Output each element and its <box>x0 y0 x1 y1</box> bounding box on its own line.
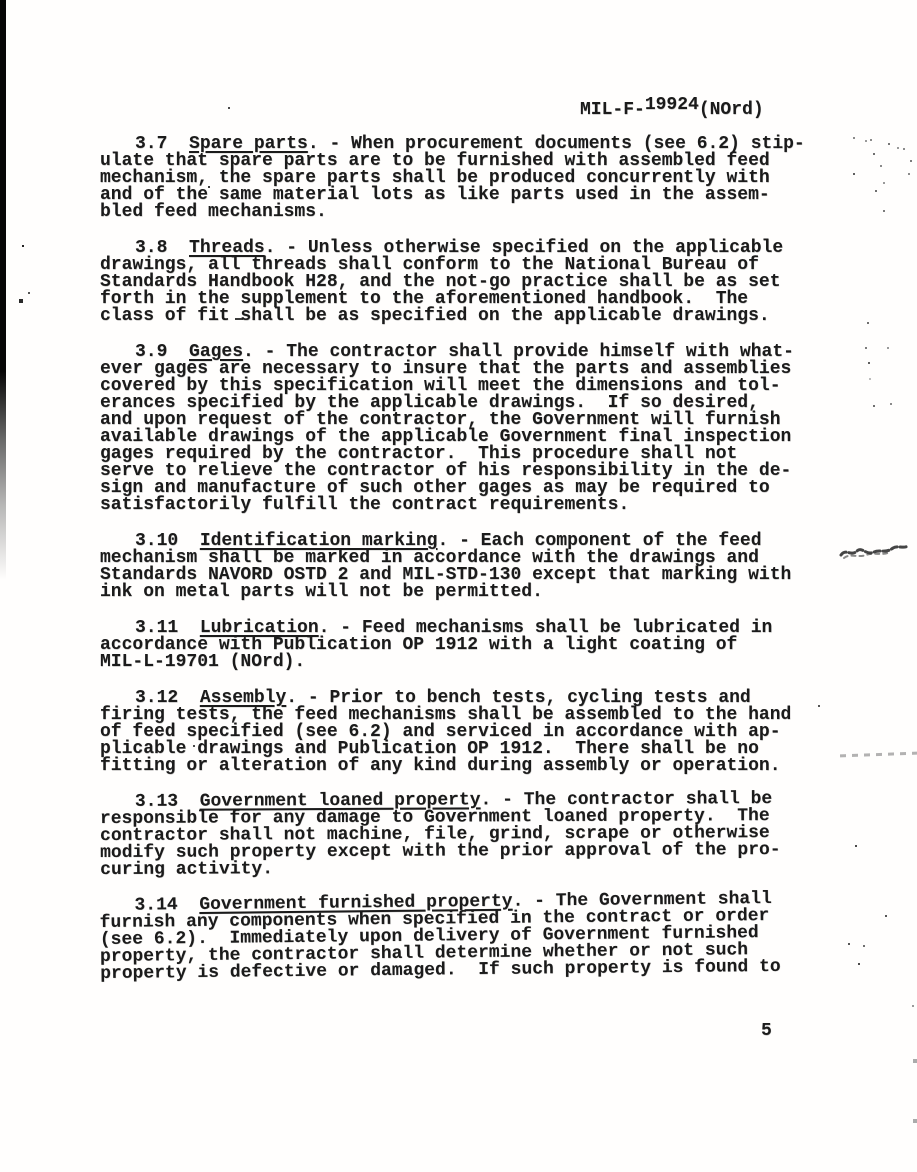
paragraph-line: property is defective or damaged. If suc… <box>100 959 800 983</box>
paragraph-3.11: 3.11 Lubrication. - Feed mechanisms shal… <box>100 620 800 671</box>
document-id: MIL-F-19924(NOrd) <box>580 100 764 120</box>
ink-smudge-artifact <box>838 539 912 565</box>
scan-speckles-artifact <box>0 0 2 2</box>
scan-edge-artifact <box>0 0 6 580</box>
paragraph-3.14: 3.14 Government furnished property. - Th… <box>99 891 800 983</box>
paragraph-line: MIL-L-19701 (NOrd). <box>100 654 800 671</box>
paragraph-3.13: 3.13 Government loaned property. - The c… <box>100 791 800 879</box>
paragraph-line: curing activity. <box>100 859 800 879</box>
document-id-suffix: (NOrd) <box>699 100 764 120</box>
paragraph-line: ink on metal parts will not be permitted… <box>100 584 800 601</box>
paragraph-line: class of fit shall be as specified on th… <box>100 308 800 325</box>
page-number: 5 <box>761 1021 772 1041</box>
document-body: 3.7 Spare parts. - When procurement docu… <box>100 136 800 1002</box>
document-id-number: 19924 <box>645 95 699 115</box>
paragraph-3.12: 3.12 Assembly. - Prior to bench tests, c… <box>100 690 800 775</box>
paragraph-line: bled feed mechanisms. <box>100 204 800 221</box>
paragraph-line: fitting or alteration of any kind during… <box>100 758 800 775</box>
paragraph-3.7: 3.7 Spare parts. - When procurement docu… <box>100 136 800 221</box>
paragraph-3.9: 3.9 Gages. - The contractor shall provid… <box>100 344 800 514</box>
scanned-document-page: MIL-F-19924(NOrd) 3.7 Spare parts. - Whe… <box>0 0 917 1172</box>
paragraph-3.10: 3.10 Identification marking. - Each comp… <box>100 533 800 601</box>
document-id-prefix: MIL-F- <box>580 100 645 120</box>
scan-dash-artifact <box>840 752 917 758</box>
paragraph-3.8: 3.8 Threads. - Unless otherwise specifie… <box>100 240 800 325</box>
paragraph-line: satisfactorily fulfill the contract requ… <box>100 497 800 514</box>
